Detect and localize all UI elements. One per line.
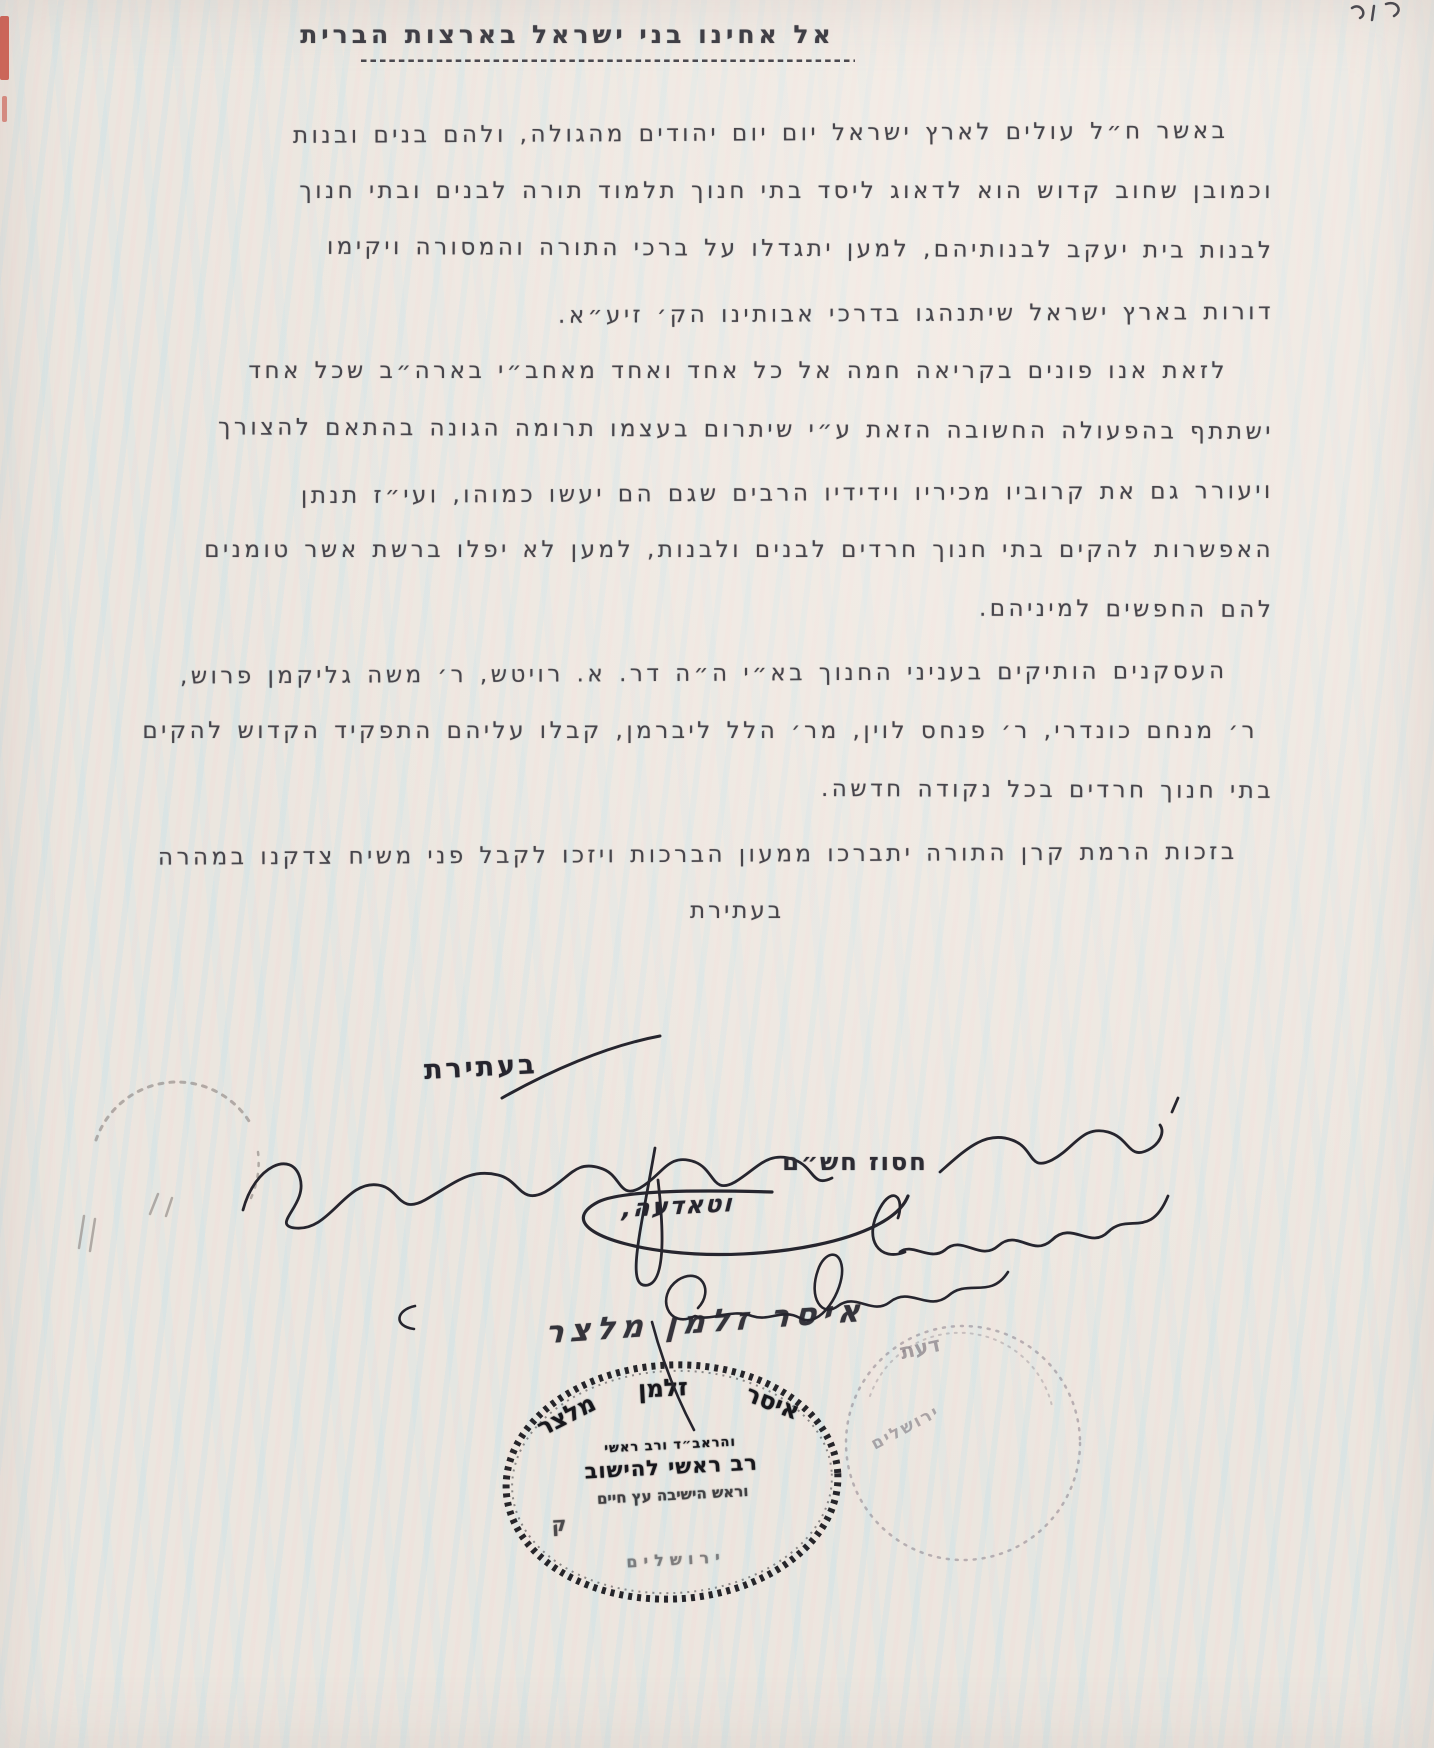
closing-word-handwritten: בעתירת (423, 1049, 538, 1086)
scanned-letter-page: אל אחינו בני ישראל בארצות הברית --------… (0, 0, 1434, 1748)
corner-pen-mark (1386, 3, 1399, 16)
printed-signature-note: חסוז חש״ם (775, 1148, 935, 1176)
signatures-ink (0, 0, 1434, 1748)
circled-handwritten-word: וטאדעה, (621, 1189, 734, 1223)
